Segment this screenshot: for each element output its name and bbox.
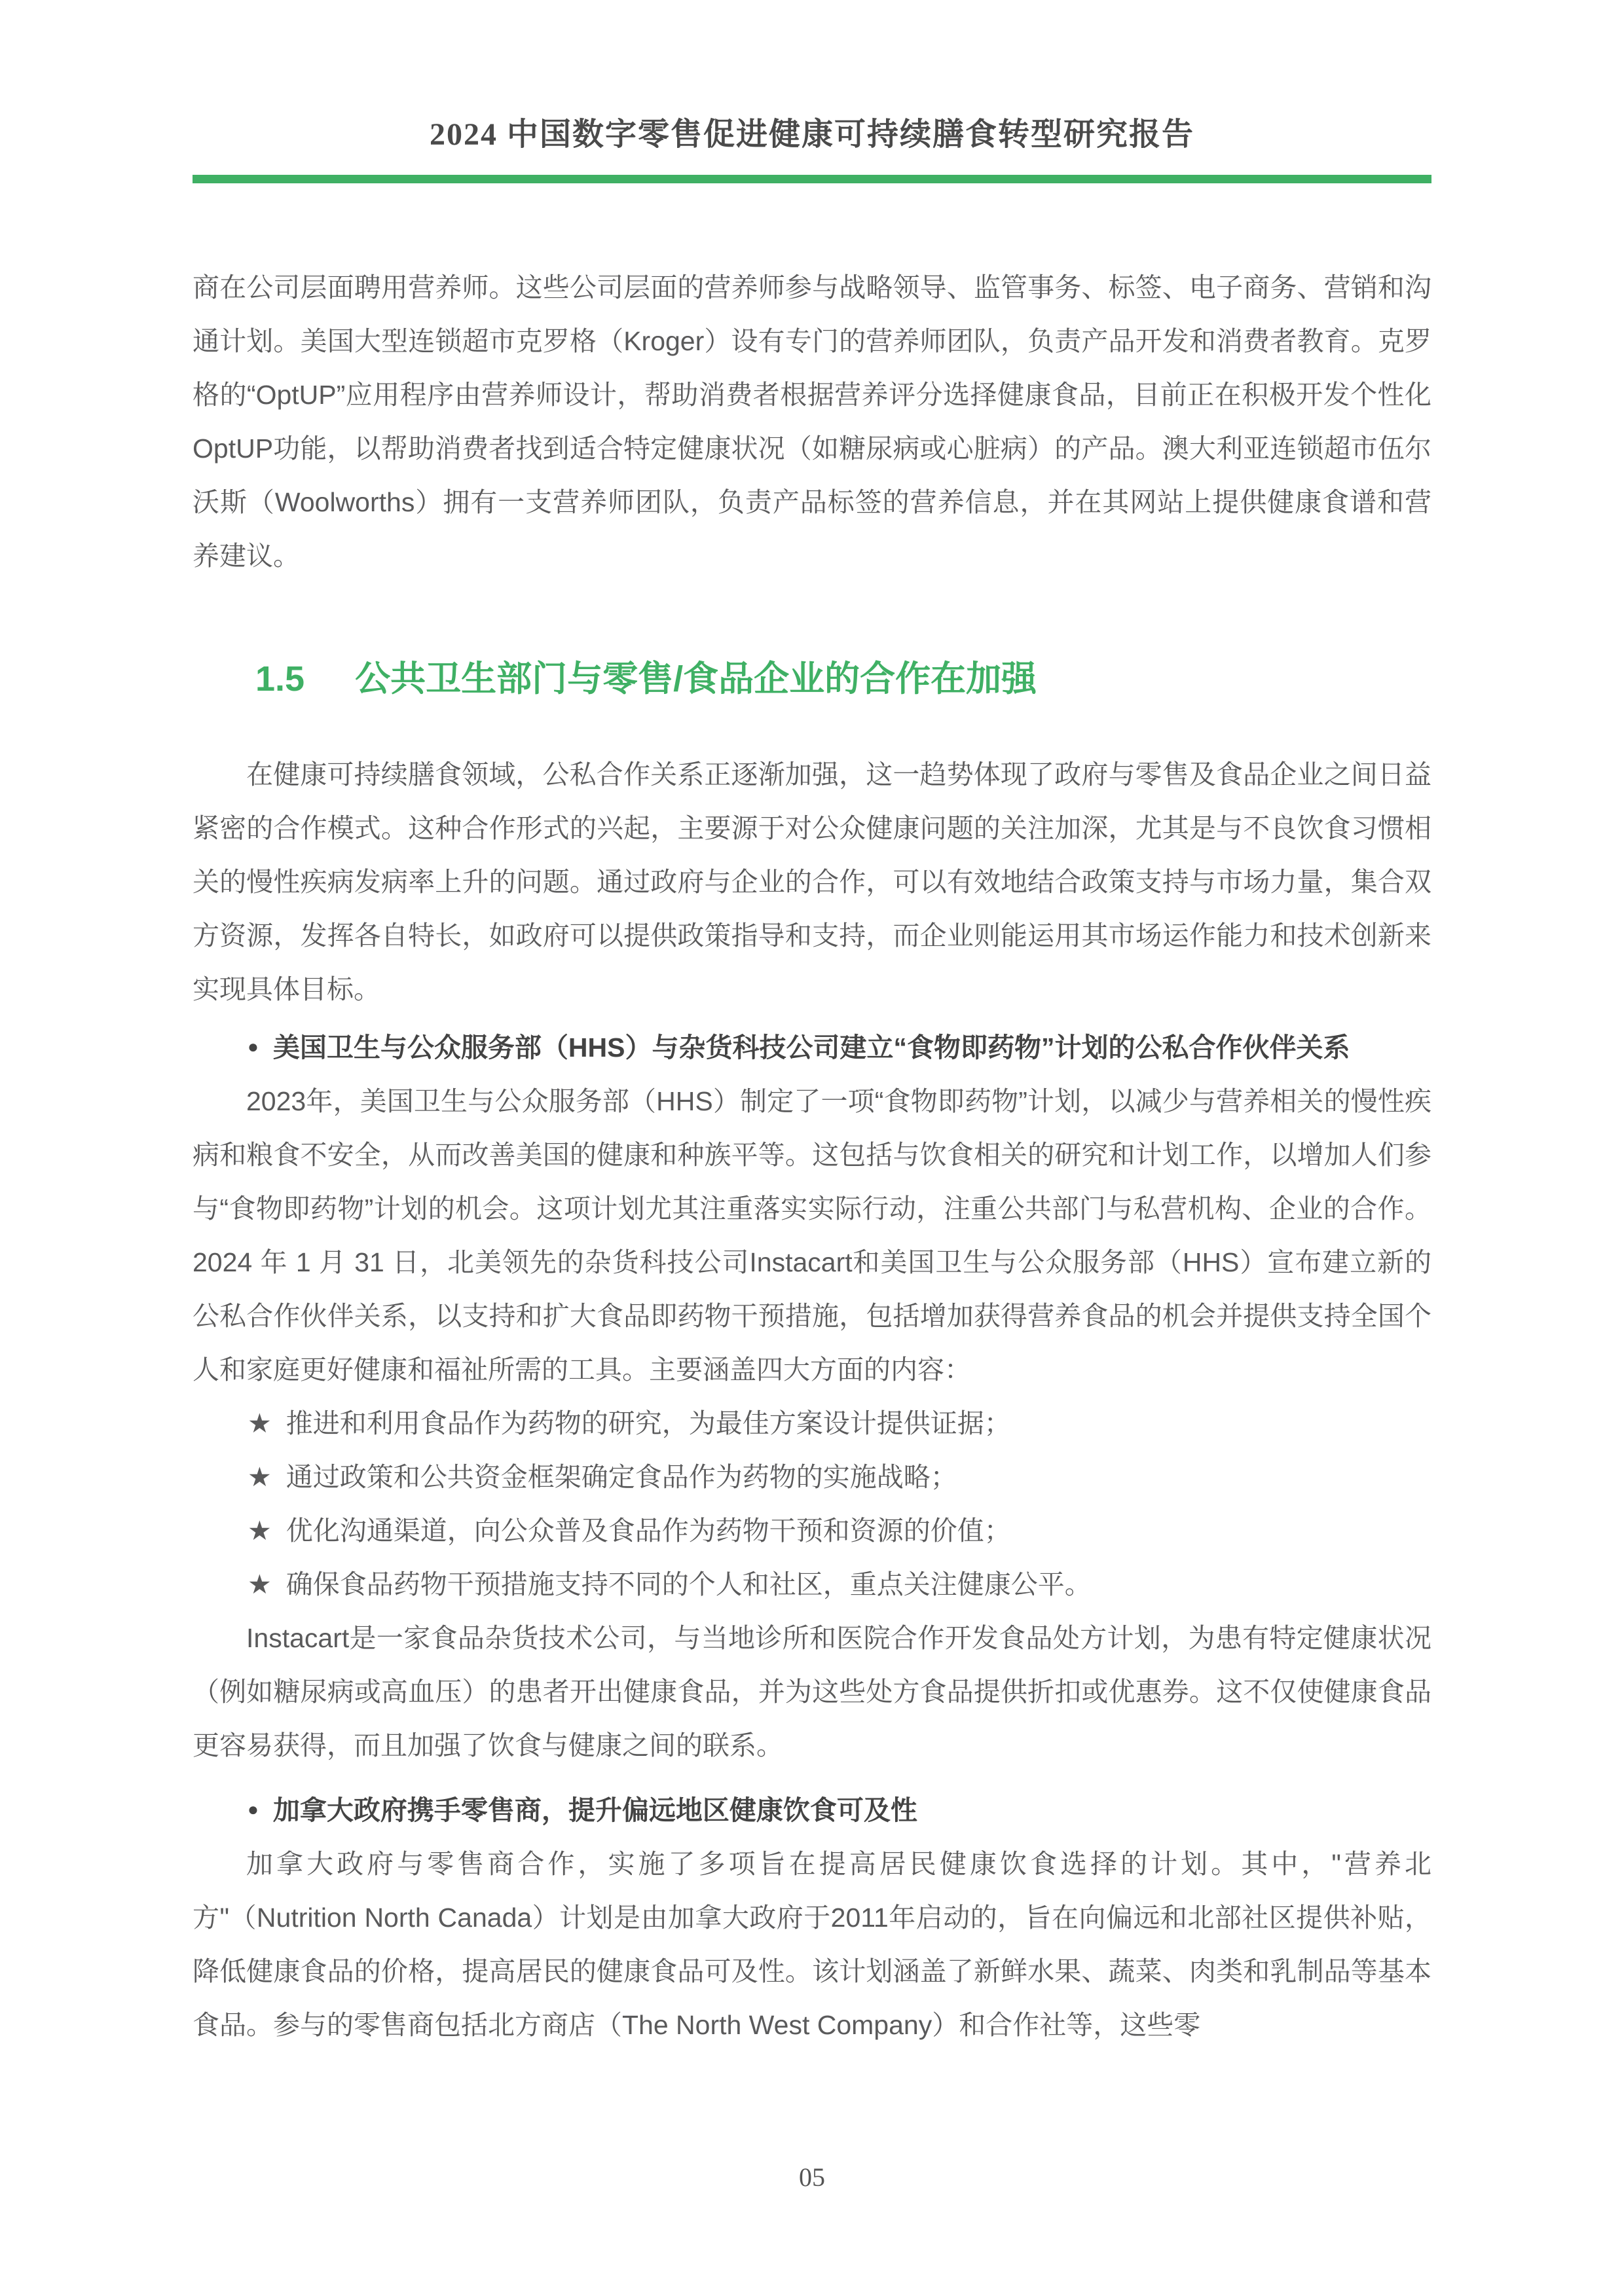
- page-body: 商在公司层面聘用营养师。这些公司层面的营养师参与战略领导、监管事务、标签、电子商…: [0, 183, 1624, 2052]
- bullet-item-hhs: ●美国卫生与公众服务部（HHS）与杂货科技公司建立“食物即药物”计划的公私合作伙…: [193, 1020, 1431, 1074]
- list-item-star-2: ★通过政策和公共资金框架确定食品作为药物的实施战略；: [193, 1450, 1431, 1504]
- bullet-item-canada-label: 加拿大政府携手零售商，提升偏远地区健康饮食可及性: [273, 1795, 917, 1825]
- paragraph-nutrition-north: 加拿大政府与零售商合作，实施了多项旨在提高居民健康饮食选择的计划。其中，"营养北…: [193, 1837, 1431, 2052]
- list-item-star-3: ★优化沟通渠道，向公众普及食品作为药物干预和资源的价值；: [193, 1504, 1431, 1558]
- report-page: 2024 中国数字零售促进健康可持续膳食转型研究报告 商在公司层面聘用营养师。这…: [0, 0, 1624, 2296]
- section-heading-1-5: 1.5 公共卫生部门与零售/食品企业的合作在加强: [193, 656, 1431, 702]
- star-icon: ★: [248, 1450, 272, 1504]
- paragraph-nutritionists: 商在公司层面聘用营养师。这些公司层面的营养师参与战略领导、监管事务、标签、电子商…: [193, 261, 1431, 583]
- section-title: 公共卫生部门与零售/食品企业的合作在加强: [355, 656, 1037, 702]
- header-divider: [193, 175, 1431, 183]
- section-number: 1.5: [255, 656, 304, 702]
- paragraph-instacart: Instacart是一家食品杂货技术公司，与当地诊所和医院合作开发食品处方计划，…: [193, 1611, 1431, 1772]
- star-icon: ★: [248, 1396, 272, 1450]
- bullet-item-canada: ●加拿大政府携手零售商，提升偏远地区健康饮食可及性: [193, 1783, 1431, 1837]
- page-title: 2024 中国数字零售促进健康可持续膳食转型研究报告: [0, 0, 1624, 153]
- list-item-star-1: ★推进和利用食品作为药物的研究，为最佳方案设计提供证据；: [193, 1396, 1431, 1450]
- star-item-text: 优化沟通渠道，向公众普及食品作为药物干预和资源的价值；: [286, 1516, 1011, 1546]
- paragraph-public-private-intro: 在健康可持续膳食领域，公私合作关系正逐渐加强，这一趋势体现了政府与零售及食品企业…: [193, 748, 1431, 1016]
- bullet-dot-icon: ●: [248, 1783, 259, 1836]
- star-icon: ★: [248, 1504, 272, 1558]
- star-item-text: 确保食品药物干预措施支持不同的个人和社区，重点关注健康公平。: [286, 1569, 1092, 1599]
- bullet-item-hhs-label: 美国卫生与公众服务部（HHS）与杂货科技公司建立“食物即药物”计划的公私合作伙伴…: [273, 1032, 1350, 1063]
- bullet-dot-icon: ●: [248, 1020, 259, 1074]
- page-number: 05: [0, 2162, 1624, 2193]
- list-item-star-4: ★确保食品药物干预措施支持不同的个人和社区，重点关注健康公平。: [193, 1558, 1431, 1611]
- star-item-text: 推进和利用食品作为药物的研究，为最佳方案设计提供证据；: [286, 1408, 1011, 1438]
- star-icon: ★: [248, 1558, 272, 1611]
- paragraph-food-is-medicine: 2023年，美国卫生与公众服务部（HHS）制定了一项“食物即药物”计划，以减少与…: [193, 1074, 1431, 1396]
- star-item-text: 通过政策和公共资金框架确定食品作为药物的实施战略；: [286, 1462, 957, 1492]
